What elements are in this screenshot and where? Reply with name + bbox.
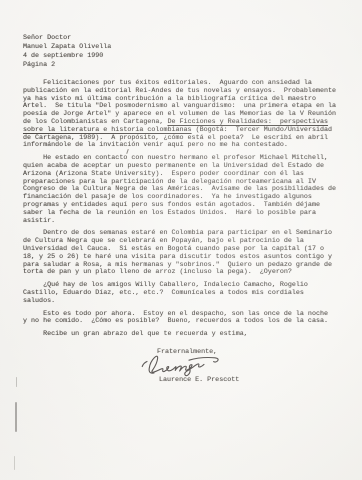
letter-line: Castillo, Eduardo Díaz, etc., etc.? Comu… [23,290,336,298]
letter-line: saber la fecha de la reunión en los Esta… [23,210,336,218]
line-text: He estado en contacto con nuestro herman… [23,154,328,162]
letter-line: Recibe un gran abrazo del que te recuerd… [23,331,336,339]
handwritten-signature [139,352,224,378]
letter-body: Felicitaciones por tus éxitos editoriale… [23,80,336,344]
line-text: Felicitaciones por tus éxitos editoriale… [23,79,312,87]
line-text: Recibe un gran abrazo del que te recuerd… [23,330,248,338]
line-text: programas y entidades aquí pero sus fond… [23,201,320,209]
line-text: saber la fecha de la reunión en los Esta… [23,209,316,217]
paragraph: He estado en contacto con nuestro herman… [23,155,336,225]
line-text: ¿Qué hay de los amigos Willy Caballero, … [23,281,308,289]
line-text: asistir. [23,217,55,225]
letter-line: y no he comido. ¿Cómo es posible? Bueno,… [23,318,336,326]
header-line: Manuel Zapata Olivella [23,43,111,52]
underlined-book-title: sobre la literatura e historia colombian… [23,126,192,134]
line-text: Castillo, Eduardo Díaz, etc., etc.? Comu… [23,289,304,297]
paragraph: Recibe un gran abrazo del que te recuerd… [23,331,336,339]
line-text: informándole de la invitación venir aquí… [23,141,288,149]
line-text: financiación del pasaje de los coordinad… [23,193,312,201]
line-text: quien acaba de aceptar un puesto permane… [23,162,324,170]
line-text: poesía de Jorge Artel" y aparece en el v… [23,110,336,118]
letter-line: informándole de la invitación venir aquí… [23,142,336,150]
line-text: de los Colombianistas en Cartagena, [23,118,167,126]
underlined-book-title: De Ficciones y Realidades: perspectivas [167,118,328,126]
signature-stroke [142,356,218,375]
line-text: saludos. [23,297,55,305]
line-text: y no he comido. ¿Cómo es posible? Bueno,… [23,317,328,325]
line-text: Arizona (Arizona State University). Espe… [23,170,304,178]
line-text: 18, y 25 o 26) te haré una visita para d… [23,253,332,261]
header-line: Señor Doctor [23,34,111,43]
paragraph: Dentro de dos semanas estaré en Colombia… [23,230,336,277]
letter-line: asistir. [23,218,336,226]
letter-page: Señor DoctorManuel Zapata Olivella4 de s… [0,0,362,480]
line-text: torta de pan y un plato lleno de arroz (… [23,268,292,276]
line-text: Universidad del Cauca. Si estás en Bogot… [23,245,324,253]
scan-artifact-mark [15,402,17,432]
paragraph: ¿Qué hay de los amigos Willy Caballero, … [23,282,336,305]
scan-artifact-mark [14,456,15,470]
recipient-block: Señor DoctorManuel Zapata Olivella4 de s… [23,34,111,70]
paragraph: Felicitaciones por tus éxitos editoriale… [23,80,336,150]
letter-line: saludos. [23,298,336,306]
header-line: Página 2 [23,61,111,70]
typed-signature-name: Laurence E. Prescott [159,376,239,384]
letter-line: torta de pan y un plato lleno de arroz (… [23,269,336,277]
header-line: 4 de septiembre 1990 [23,52,111,61]
line-text: de Cultura Negra que se celebrará en Pop… [23,237,304,245]
line-text: (Bogotá: Tercer Mundo/Universidad [192,126,332,134]
line-text: publicación en la editorial Rei-Andes de… [23,87,336,95]
scan-artifact-mark [16,377,17,387]
paragraph: Esto es todo por ahora. Estoy en el desp… [23,311,336,327]
